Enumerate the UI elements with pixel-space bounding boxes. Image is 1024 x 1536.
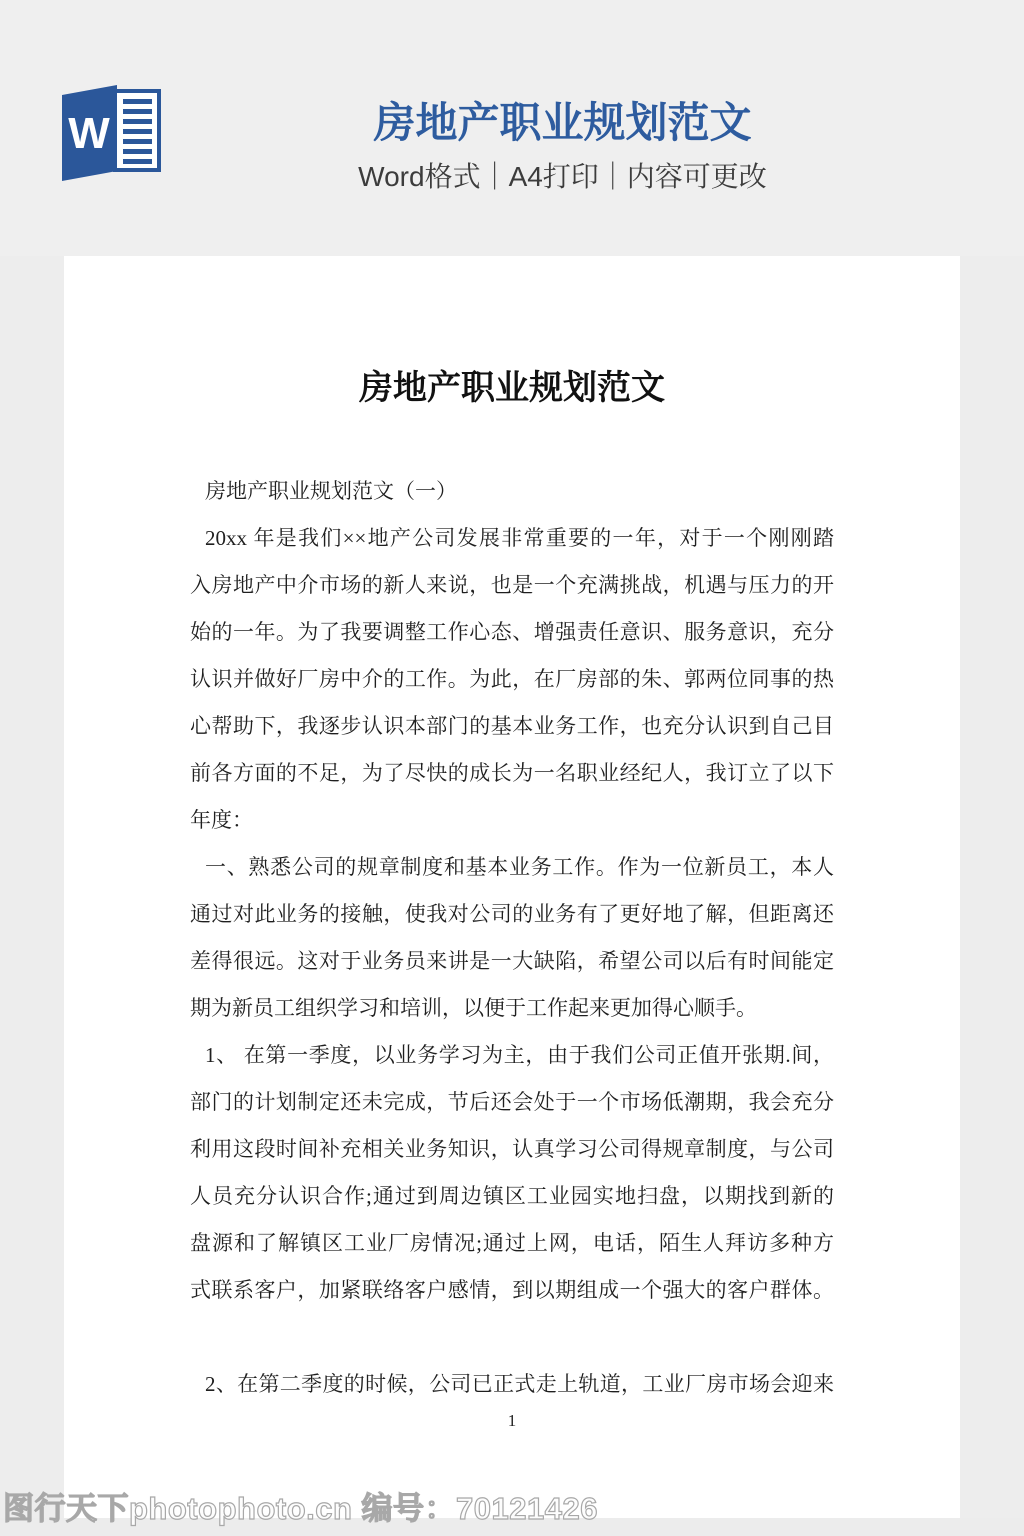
document-page: 房地产职业规划范文 房地产职业规划范文（一） 20xx 年是我们××地产公司发展… xyxy=(64,256,960,1518)
doc-line: 20xx 年是我们××地产公司发展非常重要的一年，对于一个刚刚踏 xyxy=(190,515,834,562)
doc-line: 2、在第二季度的时候，公司已正式走上轨道，工业厂房市场会迎来 xyxy=(190,1361,834,1408)
word-icon-letter: W xyxy=(68,109,110,158)
header-title: 房地产职业规划范文 xyxy=(340,90,785,150)
doc-line: 人员充分认识合作;通过到周边镇区工业园实地扫盘，以期找到新的 xyxy=(190,1173,834,1220)
doc-line: 年度： xyxy=(190,797,834,844)
doc-body: 房地产职业规划范文（一） 20xx 年是我们××地产公司发展非常重要的一年，对于… xyxy=(190,468,834,1408)
doc-title: 房地产职业规划范文 xyxy=(64,360,960,409)
doc-line: 1、 在第一季度，以业务学习为主，由于我们公司正值开张期.间， xyxy=(190,1032,834,1079)
doc-line: 差得很远。这对于业务员来讲是一大缺陷，希望公司以后有时间能定 xyxy=(190,938,834,985)
doc-line: 部门的计划制定还未完成，节后还会处于一个市场低潮期，我会充分 xyxy=(190,1079,834,1126)
doc-line: 一、熟悉公司的规章制度和基本业务工作。作为一位新员工，本人 xyxy=(190,844,834,891)
doc-line: 盘源和了解镇区工业厂房情况;通过上网，电话，陌生人拜访多种方 xyxy=(190,1220,834,1267)
doc-line: 式联系客户，加紧联络客户感情，到以期组成一个强大的客户群体。 xyxy=(190,1267,834,1314)
doc-line: 房地产职业规划范文（一） xyxy=(190,468,834,515)
page-number: 1 xyxy=(64,1411,960,1431)
page-background: W 房地产职业规划范文 Word格式｜A4打印｜内容可更改 房地产职业规划范文 … xyxy=(0,0,1024,1536)
word-icon: W xyxy=(62,84,164,182)
watermark: 图行天下photophoto.cn 编号：70121426 xyxy=(3,1483,598,1528)
doc-line-blank xyxy=(190,1314,834,1361)
doc-line: 入房地产中介市场的新人来说，也是一个充满挑战，机遇与压力的开 xyxy=(190,562,834,609)
doc-line: 利用这段时间补充相关业务知识，认真学习公司得规章制度，与公司 xyxy=(190,1126,834,1173)
doc-line: 认识并做好厂房中介的工作。为此，在厂房部的朱、郭两位同事的热 xyxy=(190,656,834,703)
doc-line: 期为新员工组织学习和培训，以便于工作起来更加得心顺手。 xyxy=(190,985,834,1032)
doc-line: 通过对此业务的接触，使我对公司的业务有了更好地了解，但距离还 xyxy=(190,891,834,938)
doc-line: 前各方面的不足，为了尽快的成长为一名职业经纪人，我订立了以下 xyxy=(190,750,834,797)
header-subtitle: Word格式｜A4打印｜内容可更改 xyxy=(340,155,785,195)
doc-line: 心帮助下，我逐步认识本部门的基本业务工作，也充分认识到自己目 xyxy=(190,703,834,750)
header: W 房地产职业规划范文 Word格式｜A4打印｜内容可更改 xyxy=(0,0,1024,256)
doc-line: 始的一年。为了我要调整工作心态、增强责任意识、服务意识，充分 xyxy=(190,609,834,656)
